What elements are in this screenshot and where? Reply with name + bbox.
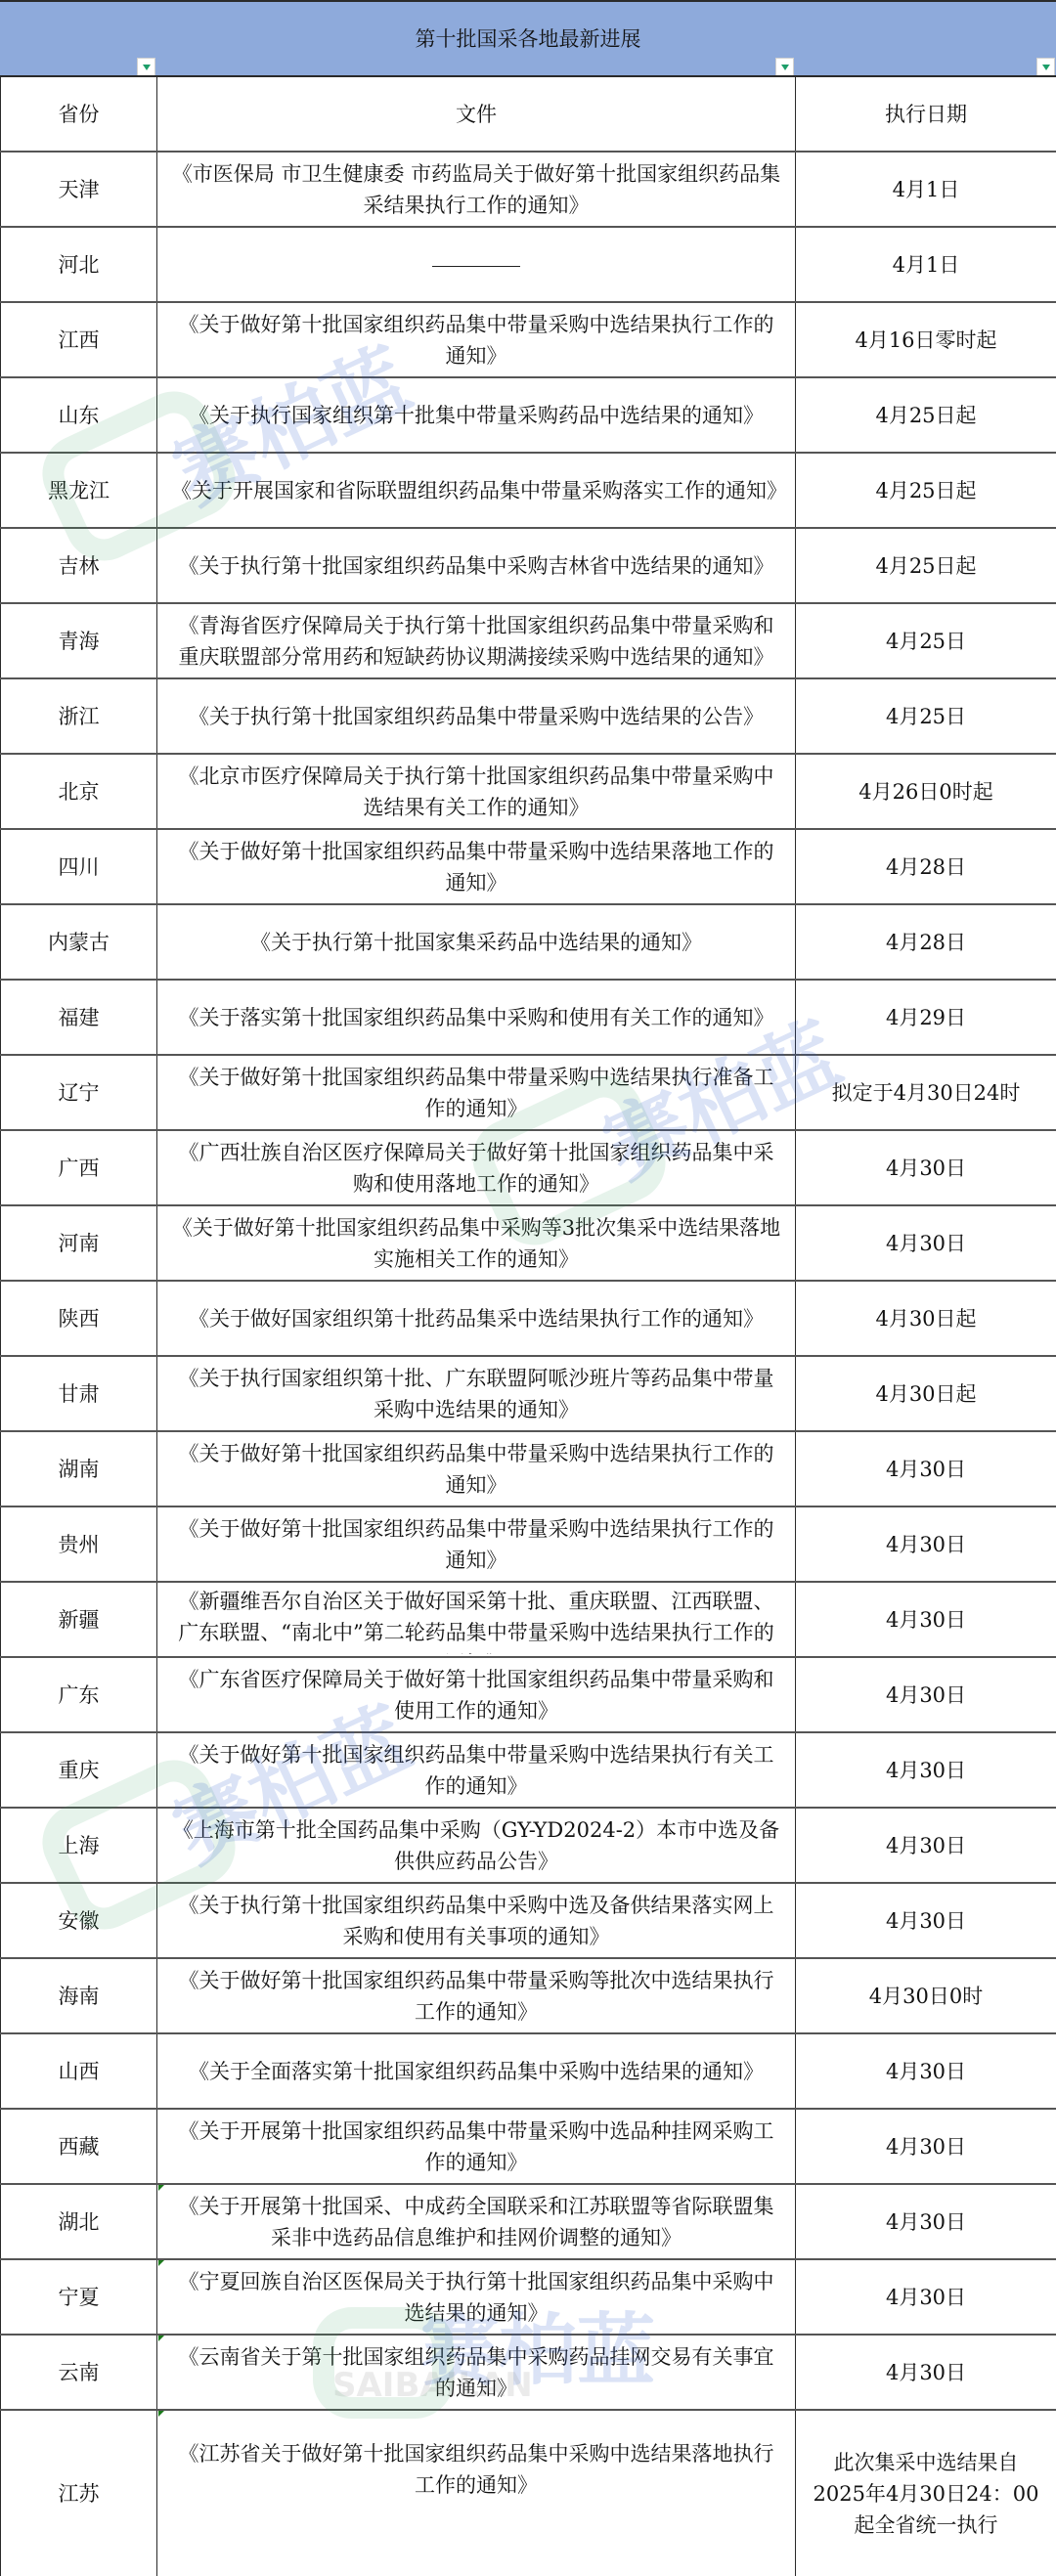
province-cell[interactable]: 海南 (1, 1958, 157, 2033)
date-cell[interactable]: 4月28日 (796, 904, 1056, 980)
table-row: 河南《关于做好第十批国家组织药品集中采购等3批次集采中选结果落地实施相关工作的通… (1, 1205, 1056, 1281)
date-cell[interactable]: 4月30日 (796, 1130, 1056, 1205)
table-row: 江西《关于做好第十批国家组织药品集中带量采购中选结果执行工作的通知》4月16日零… (1, 302, 1056, 377)
document-cell[interactable]: 《关于做好第十批国家组织药品集中带量采购中选结果执行工作的通知》 (157, 1506, 796, 1582)
province-cell[interactable]: 云南 (1, 2335, 157, 2410)
document-title: 《江苏省关于做好第十批国家组织药品集中采购中选结果落地执行工作的通知》 (171, 2438, 781, 2501)
document-cell[interactable]: 《关于开展第十批国采、中成药全国联采和江苏联盟等省际联盟集采非中选药品信息维护和… (157, 2184, 796, 2259)
table-row: 福建《关于落实第十批国家组织药品集中采购和使用有关工作的通知》4月29日 (1, 980, 1056, 1055)
table-row: 广东《广东省医疗保障局关于做好第十批国家组织药品集中带量采购和使用工作的通知》4… (1, 1657, 1056, 1732)
table-row: 重庆《关于做好第十批国家组织药品集中带量采购中选结果执行有关工作的通知》4月30… (1, 1732, 1056, 1808)
column-header-province[interactable]: 省份 (1, 76, 157, 152)
document-title: 《新疆维吾尔自治区关于做好国采第十批、重庆联盟、江西联盟、广东联盟、“南北中”第… (171, 1586, 781, 1654)
date-cell[interactable]: 4月30日 (796, 1205, 1056, 1281)
province-cell[interactable]: 贵州 (1, 1506, 157, 1582)
date-cell[interactable]: 4月30日 (796, 1808, 1056, 1883)
document-title: 《关于做好国家组织第十批药品集采中选结果执行工作的通知》 (171, 1303, 781, 1334)
document-title: 《关于做好第十批国家组织药品集中带量采购中选结果执行工作的通知》 (171, 309, 781, 371)
document-cell[interactable] (157, 227, 796, 302)
document-title: 《关于执行国家组织第十批集中带量采购药品中选结果的通知》 (171, 400, 781, 431)
column-header-date[interactable]: 执行日期 (796, 76, 1056, 152)
document-cell[interactable]: 《关于执行第十批国家组织药品集中带量采购中选结果的公告》 (157, 678, 796, 754)
date-cell[interactable]: 4月25日起 (796, 453, 1056, 528)
table-row: 河北4月1日 (1, 227, 1056, 302)
document-cell[interactable]: 《上海市第十批全国药品集中采购（GY-YD2024-2）本市中选及备供供应药品公… (157, 1808, 796, 1883)
document-title: 《广东省医疗保障局关于做好第十批国家组织药品集中带量采购和使用工作的通知》 (171, 1664, 781, 1726)
date-cell[interactable]: 4月1日 (796, 227, 1056, 302)
date-cell[interactable]: 4月16日零时起 (796, 302, 1056, 377)
province-cell[interactable]: 广西 (1, 1130, 157, 1205)
document-cell[interactable]: 《云南省关于第十批国家组织药品集中采购药品挂网交易有关事宜的通知》 (157, 2335, 796, 2410)
table-row: 浙江《关于执行第十批国家组织药品集中带量采购中选结果的公告》4月25日 (1, 678, 1056, 754)
column-header-row: 省份 文件 执行日期 (1, 76, 1056, 152)
province-cell[interactable]: 河北 (1, 227, 157, 302)
document-title: 《北京市医疗保障局关于执行第十批国家组织药品集中带量采购中选结果有关工作的通知》 (171, 761, 781, 823)
date-cell[interactable]: 4月30日0时 (796, 1958, 1056, 2033)
document-title: 《关于做好第十批国家组织药品集中带量采购中选结果执行工作的通知》 (171, 1438, 781, 1501)
table-row: 湖南《关于做好第十批国家组织药品集中带量采购中选结果执行工作的通知》4月30日 (1, 1431, 1056, 1506)
empty-dash (432, 266, 520, 267)
table-row: 西藏《关于开展第十批国家组织药品集中带量采购中选品种挂网采购工作的通知》4月30… (1, 2109, 1056, 2184)
document-cell[interactable]: 《关于执行国家组织第十批集中带量采购药品中选结果的通知》 (157, 377, 796, 453)
document-cell[interactable]: 《关于执行第十批国家组织药品集中采购中选及备供结果落实网上采购和使用有关事项的通… (157, 1883, 796, 1958)
document-title: 《关于开展国家和省际联盟组织药品集中带量采购落实工作的通知》 (171, 475, 781, 506)
document-cell[interactable]: 《关于全面落实第十批国家组织药品集中采购中选结果的通知》 (157, 2033, 796, 2109)
table-row: 安徽《关于执行第十批国家组织药品集中采购中选及备供结果落实网上采购和使用有关事项… (1, 1883, 1056, 1958)
province-cell[interactable]: 甘肃 (1, 1356, 157, 1431)
document-title: 《关于做好第十批国家组织药品集中带量采购中选结果执行准备工作的通知》 (171, 1062, 781, 1124)
table-row: 黑龙江《关于开展国家和省际联盟组织药品集中带量采购落实工作的通知》4月25日起 (1, 453, 1056, 528)
province-cell[interactable]: 浙江 (1, 678, 157, 754)
date-cell[interactable]: 4月30日 (796, 2259, 1056, 2335)
date-cell[interactable]: 4月30日 (796, 1582, 1056, 1657)
document-cell[interactable]: 《关于开展第十批国家组织药品集中带量采购中选品种挂网采购工作的通知》 (157, 2109, 796, 2184)
document-cell[interactable]: 《北京市医疗保障局关于执行第十批国家组织药品集中带量采购中选结果有关工作的通知》 (157, 754, 796, 829)
document-title: 《关于开展第十批国家组织药品集中带量采购中选品种挂网采购工作的通知》 (171, 2116, 781, 2178)
province-cell[interactable]: 内蒙古 (1, 904, 157, 980)
table-row: 辽宁《关于做好第十批国家组织药品集中带量采购中选结果执行准备工作的通知》拟定于4… (1, 1055, 1056, 1130)
date-cell[interactable]: 4月30日起 (796, 1356, 1056, 1431)
province-cell[interactable]: 新疆 (1, 1582, 157, 1657)
date-cell[interactable]: 4月28日 (796, 829, 1056, 904)
document-title: 《关于做好第十批国家组织药品集中带量采购中选结果落地工作的通知》 (171, 836, 781, 898)
document-title: 《云南省关于第十批国家组织药品集中采购药品挂网交易有关事宜的通知》 (171, 2341, 781, 2404)
table-row: 江苏《江苏省关于做好第十批国家组织药品集中采购中选结果落地执行工作的通知》此次集… (1, 2410, 1056, 2576)
date-cell[interactable]: 4月25日起 (796, 377, 1056, 453)
province-cell[interactable]: 北京 (1, 754, 157, 829)
date-cell[interactable]: 4月29日 (796, 980, 1056, 1055)
date-cell[interactable]: 4月30日 (796, 1732, 1056, 1808)
document-cell[interactable]: 《关于开展国家和省际联盟组织药品集中带量采购落实工作的通知》 (157, 453, 796, 528)
document-title: 《关于落实第十批国家组织药品集中采购和使用有关工作的通知》 (171, 1002, 781, 1033)
table-row: 广西《广西壮族自治区医疗保障局关于做好第十批国家组织药品集中采购和使用落地工作的… (1, 1130, 1056, 1205)
date-cell[interactable]: 4月1日 (796, 152, 1056, 227)
province-cell[interactable]: 青海 (1, 603, 157, 678)
document-cell[interactable]: 《关于做好第十批国家组织药品集中带量采购中选结果落地工作的通知》 (157, 829, 796, 904)
date-cell[interactable]: 4月30日 (796, 2109, 1056, 2184)
document-title: 《关于执行第十批国家组织药品集中采购中选及备供结果落实网上采购和使用有关事项的通… (171, 1890, 781, 1952)
document-cell[interactable]: 《关于做好第十批国家组织药品集中带量采购中选结果执行有关工作的通知》 (157, 1732, 796, 1808)
document-cell[interactable]: 《关于做好第十批国家组织药品集中采购等3批次集采中选结果落地实施相关工作的通知》 (157, 1205, 796, 1281)
document-title: 《关于执行国家组织第十批、广东联盟阿哌沙班片等药品集中带量采购中选结果的通知》 (171, 1363, 781, 1425)
date-cell[interactable]: 4月26日0时起 (796, 754, 1056, 829)
document-cell[interactable]: 《关于做好第十批国家组织药品集中带量采购中选结果执行工作的通知》 (157, 1431, 796, 1506)
date-cell[interactable]: 拟定于4月30日24时 (796, 1055, 1056, 1130)
table-row: 贵州《关于做好第十批国家组织药品集中带量采购中选结果执行工作的通知》4月30日 (1, 1506, 1056, 1582)
province-cell[interactable]: 湖南 (1, 1431, 157, 1506)
table-row: 海南《关于做好第十批国家组织药品集中带量采购等批次中选结果执行工作的通知》4月3… (1, 1958, 1056, 2033)
province-cell[interactable]: 重庆 (1, 1732, 157, 1808)
document-title: 《宁夏回族自治区医保局关于执行第十批国家组织药品集中采购中选结果的通知》 (171, 2266, 781, 2329)
date-cell[interactable]: 4月25日 (796, 678, 1056, 754)
province-cell[interactable]: 江苏 (1, 2410, 157, 2576)
document-cell[interactable]: 《广东省医疗保障局关于做好第十批国家组织药品集中带量采购和使用工作的通知》 (157, 1657, 796, 1732)
table-row: 天津《市医保局 市卫生健康委 市药监局关于做好第十批国家组织药品集采结果执行工作… (1, 152, 1056, 227)
table-row: 四川《关于做好第十批国家组织药品集中带量采购中选结果落地工作的通知》4月28日 (1, 829, 1056, 904)
date-cell[interactable]: 4月25日 (796, 603, 1056, 678)
document-cell[interactable]: 《关于做好第十批国家组织药品集中带量采购中选结果执行准备工作的通知》 (157, 1055, 796, 1130)
document-cell[interactable]: 《关于执行国家组织第十批、广东联盟阿哌沙班片等药品集中带量采购中选结果的通知》 (157, 1356, 796, 1431)
document-cell[interactable]: 《广西壮族自治区医疗保障局关于做好第十批国家组织药品集中采购和使用落地工作的通知… (157, 1130, 796, 1205)
table-row: 上海《上海市第十批全国药品集中采购（GY-YD2024-2）本市中选及备供供应药… (1, 1808, 1056, 1883)
cell-comment-indicator-icon[interactable] (158, 2185, 164, 2191)
province-cell[interactable]: 河南 (1, 1205, 157, 1281)
document-title: 《广西壮族自治区医疗保障局关于做好第十批国家组织药品集中采购和使用落地工作的通知… (171, 1137, 781, 1200)
date-cell[interactable]: 4月30日 (796, 1657, 1056, 1732)
document-cell[interactable]: 《青海省医疗保障局关于执行第十批国家组织药品集中带量采购和重庆联盟部分常用药和短… (157, 603, 796, 678)
document-title: 《上海市第十批全国药品集中采购（GY-YD2024-2）本市中选及备供供应药品公… (171, 1814, 781, 1877)
document-title: 《市医保局 市卫生健康委 市药监局关于做好第十批国家组织药品集采结果执行工作的通… (171, 158, 781, 221)
province-cell[interactable]: 陕西 (1, 1281, 157, 1356)
province-cell[interactable]: 上海 (1, 1808, 157, 1883)
province-cell[interactable]: 西藏 (1, 2109, 157, 2184)
province-cell[interactable]: 辽宁 (1, 1055, 157, 1130)
province-cell[interactable]: 江西 (1, 302, 157, 377)
province-cell[interactable]: 吉林 (1, 528, 157, 603)
date-cell[interactable]: 4月30日 (796, 1883, 1056, 1958)
filter-dropdown-icon[interactable] (1036, 58, 1055, 76)
table-row: 内蒙古《关于执行第十批国家集采药品中选结果的通知》4月28日 (1, 904, 1056, 980)
cell-comment-indicator-icon[interactable] (158, 2411, 164, 2417)
document-cell[interactable]: 《关于做好国家组织第十批药品集采中选结果执行工作的通知》 (157, 1281, 796, 1356)
table-row: 陕西《关于做好国家组织第十批药品集采中选结果执行工作的通知》4月30日起 (1, 1281, 1056, 1356)
document-title: 《青海省医疗保障局关于执行第十批国家组织药品集中带量采购和重庆联盟部分常用药和短… (171, 610, 781, 673)
document-cell[interactable]: 《宁夏回族自治区医保局关于执行第十批国家组织药品集中采购中选结果的通知》 (157, 2259, 796, 2335)
province-cell[interactable]: 黑龙江 (1, 453, 157, 528)
date-cell[interactable]: 4月30日 (796, 2184, 1056, 2259)
province-cell[interactable]: 四川 (1, 829, 157, 904)
column-header-document[interactable]: 文件 (157, 76, 796, 152)
table-row: 山东《关于执行国家组织第十批集中带量采购药品中选结果的通知》4月25日起 (1, 377, 1056, 453)
document-cell[interactable]: 《关于做好第十批国家组织药品集中带量采购中选结果执行工作的通知》 (157, 302, 796, 377)
cell-comment-indicator-icon[interactable] (158, 2260, 164, 2266)
table-row: 北京《北京市医疗保障局关于执行第十批国家组织药品集中带量采购中选结果有关工作的通… (1, 754, 1056, 829)
date-cell[interactable]: 4月30日 (796, 1506, 1056, 1582)
province-cell[interactable]: 湖北 (1, 2184, 157, 2259)
document-title: 《关于执行第十批国家组织药品集中采购吉林省中选结果的通知》 (171, 550, 781, 582)
document-title: 《关于做好第十批国家组织药品集中采购等3批次集采中选结果落地实施相关工作的通知》 (171, 1212, 781, 1275)
cell-comment-indicator-icon[interactable] (158, 2336, 164, 2341)
filter-dropdown-icon[interactable] (137, 58, 155, 76)
document-cell[interactable]: 《关于执行第十批国家组织药品集中采购吉林省中选结果的通知》 (157, 528, 796, 603)
date-cell[interactable]: 此次集采中选结果自2025年4月30日24：00起全省统一执行 (796, 2410, 1056, 2576)
document-title: 《关于做好第十批国家组织药品集中带量采购中选结果执行工作的通知》 (171, 1513, 781, 1576)
sheet-title: 第十批国采各地最新进展 (0, 23, 1056, 53)
province-cell[interactable]: 宁夏 (1, 2259, 157, 2335)
filter-dropdown-icon[interactable] (775, 58, 794, 76)
document-title: 《关于做好第十批国家组织药品集中带量采购等批次中选结果执行工作的通知》 (171, 1965, 781, 2028)
table-row: 山西《关于全面落实第十批国家组织药品集中采购中选结果的通知》4月30日 (1, 2033, 1056, 2109)
date-cell[interactable]: 4月30日 (796, 1431, 1056, 1506)
title-band: 第十批国采各地最新进展 (0, 0, 1056, 75)
table-row: 吉林《关于执行第十批国家组织药品集中采购吉林省中选结果的通知》4月25日起 (1, 528, 1056, 603)
document-title: 《关于全面落实第十批国家组织药品集中采购中选结果的通知》 (171, 2056, 781, 2087)
table-row: 宁夏《宁夏回族自治区医保局关于执行第十批国家组织药品集中采购中选结果的通知》4月… (1, 2259, 1056, 2335)
document-title: 《关于执行第十批国家组织药品集中带量采购中选结果的公告》 (171, 701, 781, 732)
province-cell[interactable]: 天津 (1, 152, 157, 227)
document-cell[interactable]: 《新疆维吾尔自治区关于做好国采第十批、重庆联盟、江西联盟、广东联盟、“南北中”第… (157, 1582, 796, 1657)
document-cell[interactable]: 《关于执行第十批国家集采药品中选结果的通知》 (157, 904, 796, 980)
document-title: 《关于开展第十批国采、中成药全国联采和江苏联盟等省际联盟集采非中选药品信息维护和… (171, 2191, 781, 2253)
document-title: 《关于做好第十批国家组织药品集中带量采购中选结果执行有关工作的通知》 (171, 1739, 781, 1802)
document-cell[interactable]: 《关于做好第十批国家组织药品集中带量采购等批次中选结果执行工作的通知》 (157, 1958, 796, 2033)
table-row: 湖北《关于开展第十批国采、中成药全国联采和江苏联盟等省际联盟集采非中选药品信息维… (1, 2184, 1056, 2259)
table-row: 青海《青海省医疗保障局关于执行第十批国家组织药品集中带量采购和重庆联盟部分常用药… (1, 603, 1056, 678)
province-cell[interactable]: 广东 (1, 1657, 157, 1732)
province-cell[interactable]: 安徽 (1, 1883, 157, 1958)
province-cell[interactable]: 福建 (1, 980, 157, 1055)
date-cell[interactable]: 4月30日起 (796, 1281, 1056, 1356)
date-cell[interactable]: 4月25日起 (796, 528, 1056, 603)
table-row: 云南《云南省关于第十批国家组织药品集中采购药品挂网交易有关事宜的通知》4月30日 (1, 2335, 1056, 2410)
date-cell[interactable]: 4月30日 (796, 2033, 1056, 2109)
document-cell[interactable]: 《关于落实第十批国家组织药品集中采购和使用有关工作的通知》 (157, 980, 796, 1055)
document-title: 《关于执行第十批国家集采药品中选结果的通知》 (171, 927, 781, 958)
table-row: 甘肃《关于执行国家组织第十批、广东联盟阿哌沙班片等药品集中带量采购中选结果的通知… (1, 1356, 1056, 1431)
province-cell[interactable]: 山西 (1, 2033, 157, 2109)
table-row: 新疆《新疆维吾尔自治区关于做好国采第十批、重庆联盟、江西联盟、广东联盟、“南北中… (1, 1582, 1056, 1657)
date-cell[interactable]: 4月30日 (796, 2335, 1056, 2410)
document-cell[interactable]: 《市医保局 市卫生健康委 市药监局关于做好第十批国家组织药品集采结果执行工作的通… (157, 152, 796, 227)
province-cell[interactable]: 山东 (1, 377, 157, 453)
document-cell[interactable]: 《江苏省关于做好第十批国家组织药品集中采购中选结果落地执行工作的通知》 (157, 2410, 796, 2576)
progress-table: 省份 文件 执行日期 天津《市医保局 市卫生健康委 市药监局关于做好第十批国家组… (0, 75, 1056, 2576)
